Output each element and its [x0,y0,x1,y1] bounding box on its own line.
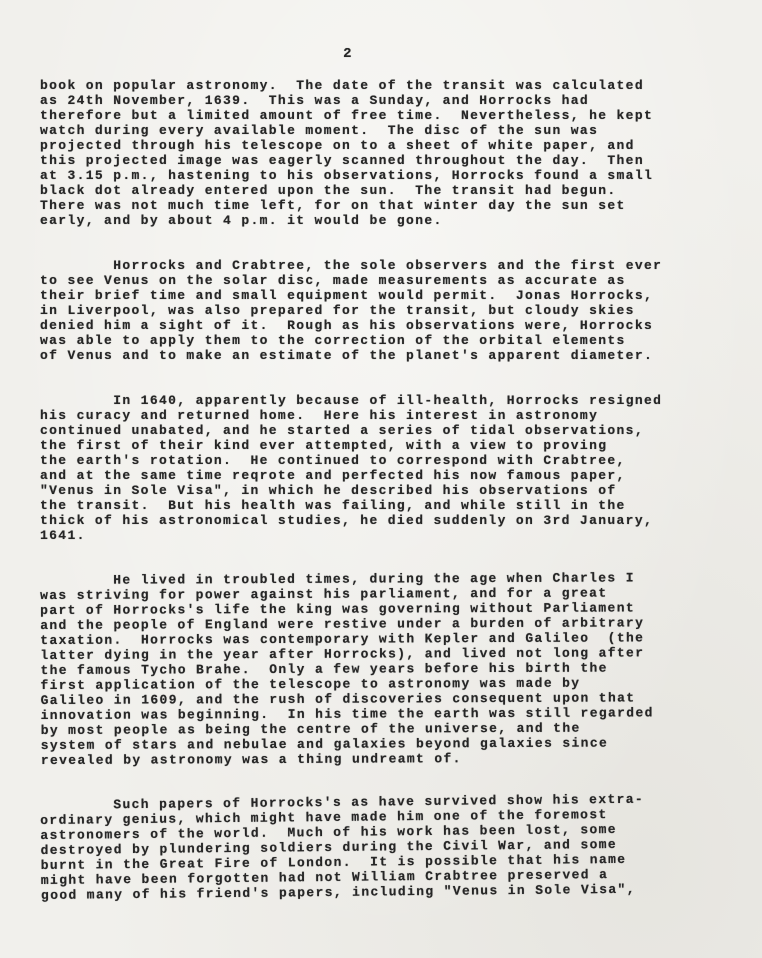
paragraph-surviving-papers: Such papers of Horrocks's as have surviv… [40,791,721,903]
paragraph-transit-observation: book on popular astronomy. The date of t… [40,78,720,228]
paragraph-horrocks-crabtree: Horrocks and Crabtree, the sole observer… [40,258,720,363]
paragraph-troubled-times: He lived in troubled times, during the a… [40,570,721,768]
document-body: book on popular astronomy. The date of t… [40,78,720,933]
paragraph-1640-return-home: In 1640, apparently because of ill-healt… [40,393,720,543]
document-page: 2 book on popular astronomy. The date of… [0,0,762,958]
page-number: 2 [40,46,656,62]
